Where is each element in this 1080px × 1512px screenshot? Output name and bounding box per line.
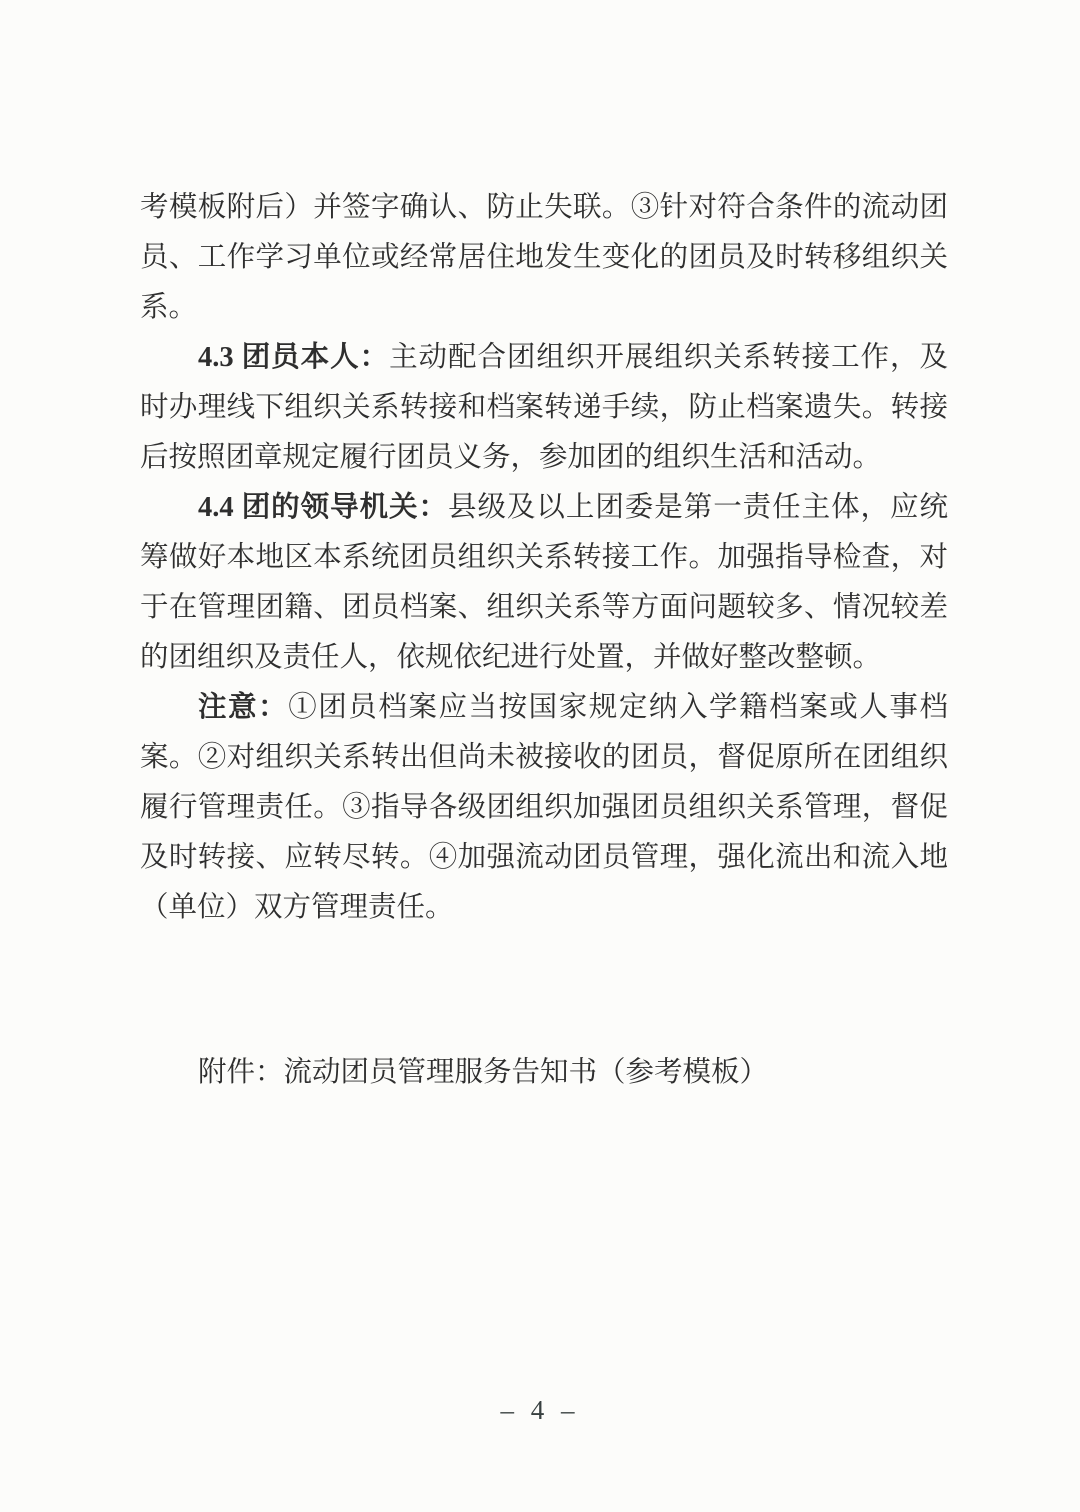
paragraph-4-4: 4.4 团的领导机关：县级及以上团委是第一责任主体，应统筹做好本地区本系统团员组… bbox=[140, 483, 948, 683]
paragraph-lead: 4.4 团的领导机关： bbox=[198, 492, 448, 523]
paragraph-text: ①团员档案应当按国家规定纳入学籍档案或人事档案。②对组织关系转出但尚未被接收的团… bbox=[140, 692, 948, 923]
paragraph-4-3: 4.3 团员本人：主动配合团组织开展组织关系转接工作，及时办理线下组织关系转接和… bbox=[140, 333, 948, 483]
paragraph-lead: 4.3 团员本人： bbox=[198, 342, 389, 373]
paragraph-continuation: 考模板附后）并签字确认、防止失联。③针对符合条件的流动团员、工作学习单位或经常居… bbox=[140, 183, 948, 333]
paragraph-text: 考模板附后）并签字确认、防止失联。③针对符合条件的流动团员、工作学习单位或经常居… bbox=[140, 192, 948, 323]
page-number: – 4 – bbox=[0, 1395, 1080, 1426]
paragraph-lead: 注意： bbox=[198, 692, 288, 723]
document-page: 考模板附后）并签字确认、防止失联。③针对符合条件的流动团员、工作学习单位或经常居… bbox=[0, 0, 1080, 1512]
paragraph-notice: 注意：①团员档案应当按国家规定纳入学籍档案或人事档案。②对组织关系转出但尚未被接… bbox=[140, 683, 948, 933]
document-body: 考模板附后）并签字确认、防止失联。③针对符合条件的流动团员、工作学习单位或经常居… bbox=[140, 183, 948, 1098]
attachment-line: 附件：流动团员管理服务告知书（参考模板） bbox=[140, 1048, 948, 1098]
